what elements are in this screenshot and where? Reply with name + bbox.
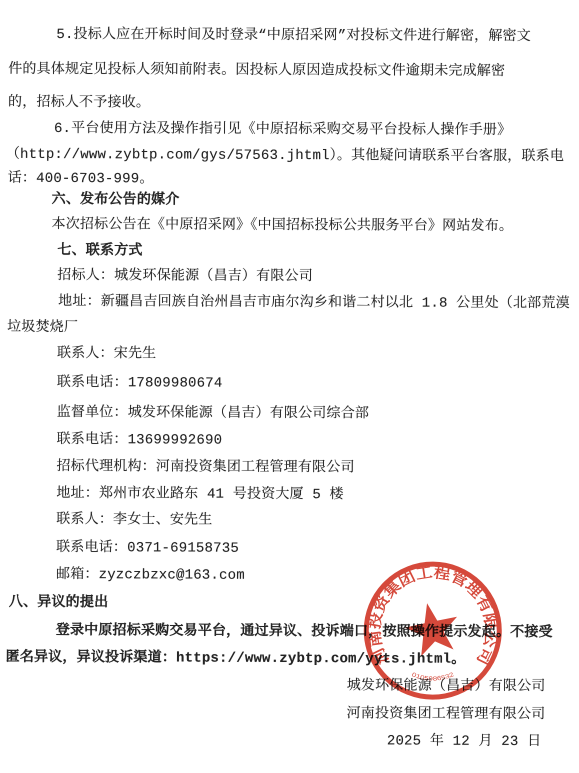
- doc-line: 地址：新疆昌吉回族自治州昌吉市庙尔沟乡和谐二村以北 1.8 公里处（北部荒漠: [58, 294, 570, 312]
- document-text-block: 5.投标人应在开标时间及时登录“中原招采网”对投标文件进行解密，解密文件的具体规…: [2, 0, 579, 1]
- doc-line: 河南投资集团工程管理有限公司: [347, 706, 546, 723]
- doc-line: （http://www.zybtp.com/gys/57563.jhtml）。其…: [6, 147, 564, 165]
- doc-line: 联系电话：17809980674: [57, 375, 223, 392]
- doc-line: 联系电话：0371-69158735: [56, 540, 239, 557]
- doc-line: 联系电话：13699992690: [57, 432, 223, 449]
- seal-code: 0105986532: [411, 672, 456, 683]
- document-content: 5.投标人应在开标时间及时登录“中原招采网”对投标文件进行解密，解密文件的具体规…: [0, 0, 579, 773]
- doc-line: 话：400-6703-999。: [8, 171, 154, 188]
- doc-line: 邮箱：zyzczbzxc@163.com: [56, 567, 245, 584]
- doc-line: 招标代理机构：河南投资集团工程管理有限公司: [56, 459, 354, 476]
- doc-line: 六、发布公告的媒介: [52, 192, 180, 209]
- doc-line: 6.平台使用方法及操作指引见《中原招标采购交易平台投标人操作手册》: [54, 121, 511, 139]
- doc-line: 八、异议的提出: [9, 595, 108, 611]
- doc-line: 七、联系方式: [57, 243, 142, 259]
- doc-line: 本次招标公告在《中原招采网》《中国招标投标公共服务平台》网站发布。: [51, 217, 513, 235]
- doc-line: 联系人：李女士、安先生: [56, 512, 212, 529]
- doc-line: 的，招标人不予接收。: [8, 95, 150, 112]
- star-icon: [401, 598, 463, 658]
- doc-line: 监督单位：城发环保能源（昌吉）有限公司综合部: [57, 405, 369, 422]
- doc-line: 垃圾焚烧厂: [7, 320, 78, 336]
- doc-line: 地址：郑州市农业路东 41 号投资大厦 5 楼: [56, 486, 343, 503]
- doc-line: 联系人：宋先生: [57, 346, 156, 362]
- scanned-document-page: 5.投标人应在开标时间及时登录“中原招采网”对投标文件进行解密，解密文件的具体规…: [0, 0, 579, 773]
- company-seal: 河南投资集团工程管理有限公司 0105986532: [357, 555, 508, 706]
- doc-line: 招标人：城发环保能源（昌吉）有限公司: [57, 268, 313, 285]
- doc-line: 2025 年 12 月 23 日: [387, 733, 541, 750]
- doc-line: 件的具体规定见投标人须知前附表。因投标人原因造成投标文件逾期未完成解密: [8, 62, 505, 80]
- doc-line: 5.投标人应在开标时间及时登录“中原招采网”对投标文件进行解密，解密文: [56, 27, 531, 45]
